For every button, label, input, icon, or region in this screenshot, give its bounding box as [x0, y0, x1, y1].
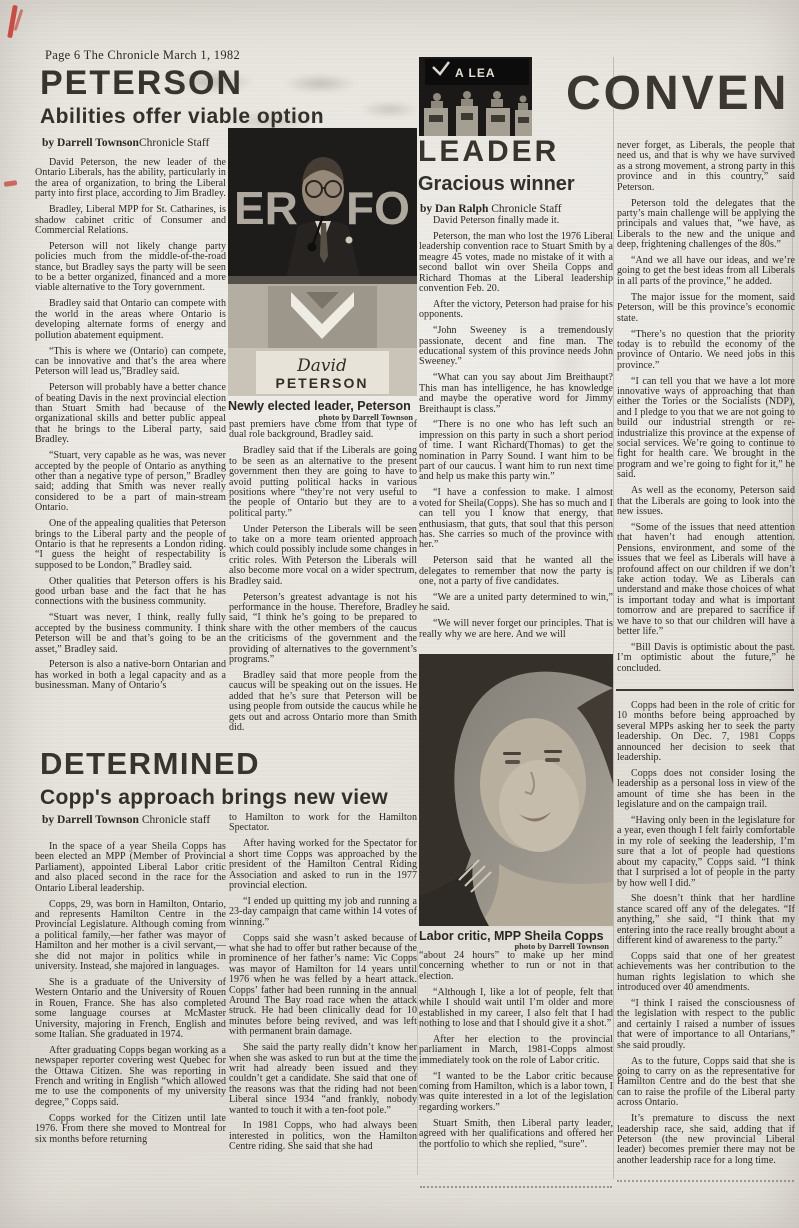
determined-subhead: Copp's approach brings new view: [40, 787, 388, 809]
article-paragraph: “We are a united party determined to win…: [419, 593, 613, 614]
peterson-byline: by Darrell TownsonChronicle Staff: [42, 137, 209, 149]
article-paragraph: Copps said that one of her greatest achi…: [617, 952, 795, 994]
byline-org: Chronicle staff: [142, 814, 210, 826]
article-paragraph: “I think I raised the consciousness of t…: [617, 999, 795, 1051]
article-paragraph: “There is no one who has left such an im…: [419, 420, 613, 482]
article-end-dots: [617, 1180, 794, 1182]
article-paragraph: “This is where we (Ontario) can compete,…: [35, 347, 226, 378]
article-paragraph: Copps said she wasn’t asked because of w…: [229, 934, 417, 1038]
leader-headline: LEADER: [418, 137, 559, 167]
determined-headline: DETERMINED: [40, 748, 260, 779]
article-paragraph: She said the party really didn’t know he…: [229, 1043, 417, 1116]
peterson-photo-caption: Newly elected leader, Peterson: [228, 399, 417, 413]
article-paragraph: “And we all have our ideas, and we’re go…: [617, 256, 795, 287]
leader-column-2: never forget, as Liberals, the people th…: [617, 141, 795, 680]
article-paragraph: Bradley said that more people from the c…: [229, 671, 417, 733]
article-paragraph: Copps had been in the role of critic for…: [617, 701, 795, 763]
byline-author: by Dan Ralph: [420, 203, 488, 215]
article-paragraph: Peterson, the man who lost the 1976 Libe…: [419, 232, 613, 294]
determined-column-3: “about 24 hours” to make up her mind con…: [419, 951, 613, 1155]
peterson-column-1: David Peterson, the new leader of the On…: [35, 158, 226, 697]
article-paragraph: Peterson is also a native-born Ontarian …: [35, 660, 226, 691]
article-paragraph: In 1981 Copps, who had always been inter…: [229, 1121, 417, 1152]
article-paragraph: Peterson will not likely change party po…: [35, 242, 226, 294]
article-paragraph: “John Sweeney is a tremendously passiona…: [419, 326, 613, 368]
leader-byline: by Dan Ralph Chronicle Staff: [420, 203, 562, 215]
backdrop-sign-left: ER: [234, 182, 298, 234]
sign-last-name: PETERSON: [275, 375, 368, 391]
article-paragraph: Copps worked for the Citizen until late …: [35, 1114, 226, 1145]
column-rule: [417, 950, 418, 1175]
article-paragraph: She doesn’t think that her hardline stan…: [617, 894, 795, 946]
article-paragraph: “Some of the issues that need attention …: [617, 523, 795, 637]
article-paragraph: “There’s no question that the priority t…: [617, 330, 795, 372]
article-paragraph: Bradley, Liberal MPP for St. Catharines,…: [35, 205, 226, 236]
byline-author: by Darrell Townson: [42, 814, 139, 826]
column-rule: [613, 57, 614, 1179]
article-paragraph: to Hamilton to work for the Hamilton Spe…: [229, 813, 417, 834]
article-paragraph: It’s premature to discuss the next leade…: [617, 1114, 795, 1166]
article-paragraph: “We will never forget our principles. Th…: [419, 619, 613, 640]
determined-column-2: to Hamilton to work for the Hamilton Spe…: [229, 813, 417, 1158]
article-paragraph: In the space of a year Sheila Copps has …: [35, 842, 226, 894]
column-rule: [792, 140, 793, 690]
article-paragraph: “Bill Davis is optimistic about the past…: [617, 643, 795, 674]
backdrop-sign-right: FO: [346, 182, 410, 234]
byline-org: Chronicle Staff: [491, 203, 561, 215]
article-paragraph: After the victory, Peterson had praise f…: [419, 300, 613, 321]
article-paragraph: “I can tell you that we have a lot more …: [617, 377, 795, 481]
article-paragraph: past premiers have come from that type o…: [229, 420, 417, 441]
article-paragraph: never forget, as Liberals, the people th…: [617, 141, 795, 193]
article-paragraph: “about 24 hours” to make up her mind con…: [419, 951, 613, 982]
article-paragraph: One of the appealing qualities that Pete…: [35, 519, 226, 571]
article-paragraph: “I ended up quitting my job and running …: [229, 897, 417, 928]
article-paragraph: After graduating Copps began working as …: [35, 1046, 226, 1108]
article-paragraph: “I have a confession to make. I almost v…: [419, 488, 613, 550]
article-paragraph: Peterson said that he wanted all the del…: [419, 556, 613, 587]
peterson-headline: PETERSON: [40, 66, 243, 100]
convention-panel-photo: A LEA: [419, 57, 532, 136]
article-paragraph: She is a graduate of the University of W…: [35, 978, 226, 1040]
article-paragraph: “What can you say about Jim Breithaupt? …: [419, 373, 613, 415]
byline-org: Chronicle Staff: [139, 137, 209, 149]
newspaper-scan-page: { "page": { "masthead": "Page 6 The Chro…: [0, 0, 799, 1228]
leader-subhead: Gracious winner: [418, 174, 575, 195]
convention-headline: CONVEN: [566, 70, 789, 118]
peterson-column-2: past premiers have come from that type o…: [229, 420, 417, 739]
article-paragraph: After her election to the provincial par…: [419, 1035, 613, 1066]
article-paragraph: Bradley said that Ontario can compete wi…: [35, 299, 226, 341]
peterson-subhead: Abilities offer viable option: [40, 106, 324, 128]
red-pen-mark: [4, 180, 18, 187]
section-divider-rule: [616, 689, 794, 691]
article-paragraph: “I wanted to be the Labor critic because…: [419, 1072, 613, 1114]
article-paragraph: David Peterson finally made it.: [419, 216, 613, 226]
article-paragraph: David Peterson, the new leader of the On…: [35, 158, 226, 200]
leader-column-1: David Peterson finally made it.Peterson,…: [419, 216, 613, 646]
determined-column-1: In the space of a year Sheila Copps has …: [35, 842, 226, 1150]
article-paragraph: Peterson’s greatest advantage is not his…: [229, 593, 417, 666]
article-paragraph: Bradley said that if the Liberals are go…: [229, 446, 417, 519]
article-paragraph: “Stuart, very capable as he was, was nev…: [35, 451, 226, 513]
article-paragraph: Other qualities that Peterson offers is …: [35, 577, 226, 608]
copps-photo: [419, 654, 613, 926]
article-paragraph: As to the future, Copps said that she is…: [617, 1057, 795, 1109]
determined-byline: by Darrell Townson Chronicle staff: [42, 814, 210, 826]
article-paragraph: After having worked for the Spectator fo…: [229, 839, 417, 891]
article-paragraph: Peterson told the delegates that the par…: [617, 199, 795, 251]
article-paragraph: Peterson will probably have a better cha…: [35, 383, 226, 445]
panel-photo-illustration: A LEA: [419, 57, 532, 136]
banner-text: A LEA: [455, 66, 496, 80]
peterson-photo-credit: photo by Darrell Townson: [228, 412, 413, 422]
peterson-photo: ER FO David PETERSON: [228, 128, 417, 396]
page-masthead: Page 6 The Chronicle March 1, 1982: [45, 48, 240, 63]
article-paragraph: Copps does not consider losing the leade…: [617, 769, 795, 811]
article-paragraph: “Having only been in the legislature for…: [617, 816, 795, 889]
sign-first-name: David: [296, 356, 347, 376]
article-paragraph: “Although I, like a lot of people, felt …: [419, 988, 613, 1030]
byline-author: by Darrell Townson: [42, 137, 139, 149]
article-paragraph: Copps, 29, was born in Hamilton, Ontario…: [35, 900, 226, 973]
article-paragraph: Stuart Smith, then Liberal party leader,…: [419, 1119, 613, 1150]
article-paragraph: The major issue for the moment, said Pet…: [617, 293, 795, 324]
article-paragraph: “Stuart was never, I think, really fully…: [35, 613, 226, 655]
peterson-photo-illustration: ER FO David PETERSON: [228, 128, 417, 396]
article-end-dots: [420, 1186, 612, 1188]
copps-photo-illustration: [419, 654, 613, 926]
article-paragraph: As well as the economy, Peterson said th…: [617, 486, 795, 517]
determined-continuation-column: Copps had been in the role of critic for…: [617, 701, 795, 1172]
article-paragraph: Under Peterson the Liberals will be seen…: [229, 525, 417, 587]
